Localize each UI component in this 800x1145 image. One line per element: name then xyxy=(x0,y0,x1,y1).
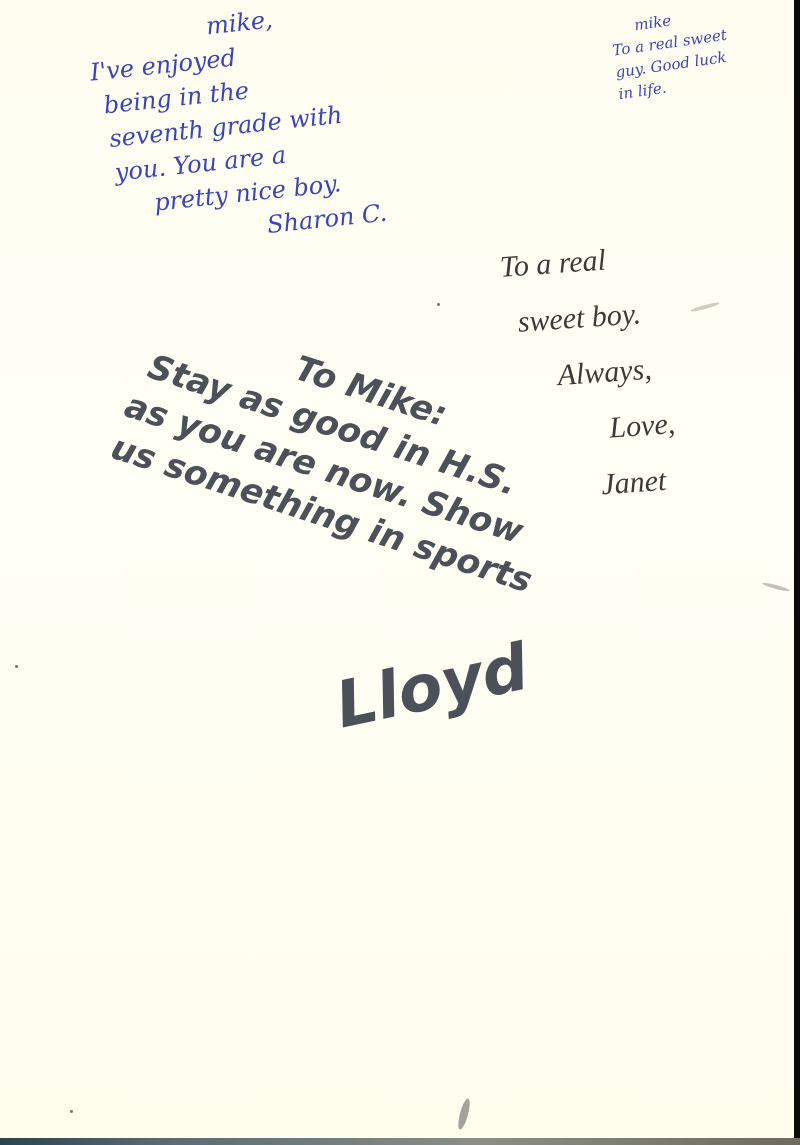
note-signature-lloyd: Lloyd xyxy=(329,631,534,744)
pencil-smudge xyxy=(762,581,790,592)
pencil-smudge xyxy=(690,301,720,313)
yearbook-page: mike, I've enjoyed being in the seventh … xyxy=(0,0,794,1138)
speck xyxy=(70,1110,73,1113)
speck xyxy=(437,303,440,306)
note-top-right: mike To a real sweet guy. Good luck in l… xyxy=(608,2,734,105)
speck xyxy=(15,665,18,668)
scan-edge xyxy=(0,1138,800,1145)
ink-smudge xyxy=(456,1098,472,1131)
note-sharon: mike, I've enjoyed being in the seventh … xyxy=(85,0,389,259)
